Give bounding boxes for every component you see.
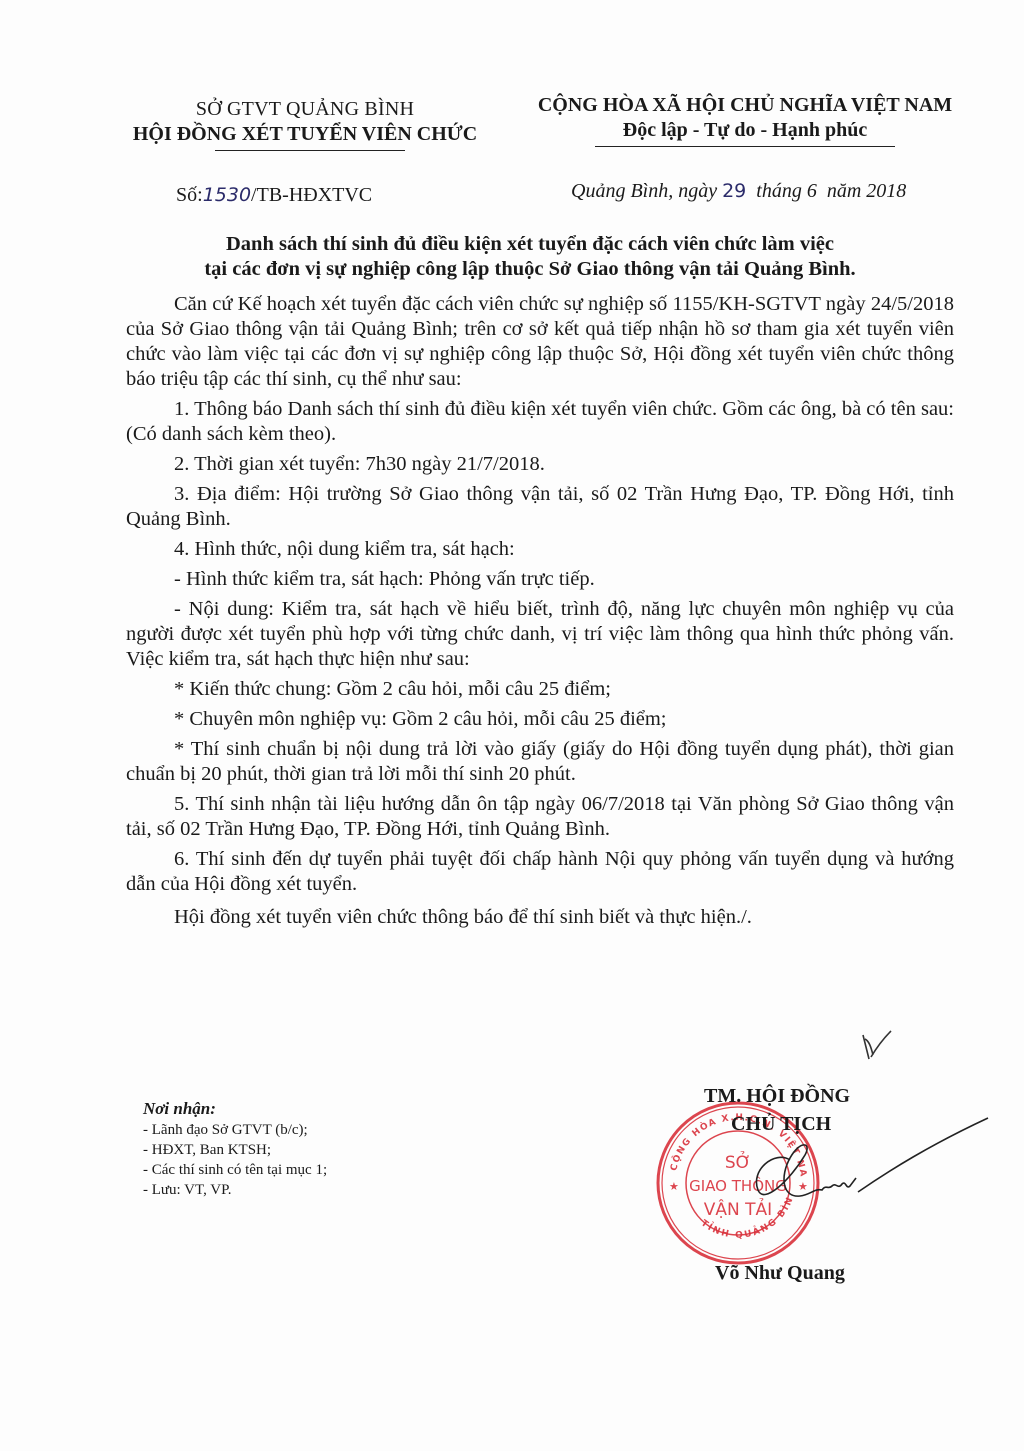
national-motto: Độc lập - Tự do - Hạnh phúc — [500, 119, 990, 142]
item-3: 3. Địa điểm: Hội trường Sở Giao thông vậ… — [126, 482, 954, 532]
signer-name: Võ Như Quang — [715, 1262, 845, 1285]
recipient-item: - Các thí sinh có tên tại mục 1; — [143, 1160, 327, 1180]
item-6: 6. Thí sinh đến dự tuyển phải tuyệt đối … — [126, 847, 954, 897]
handwritten-number: 1530 — [203, 184, 251, 206]
item-5: 5. Thí sinh nhận tài liệu hướng dẫn ôn t… — [126, 792, 954, 842]
item-2: 2. Thời gian xét tuyển: 7h30 ngày 21/7/2… — [126, 452, 954, 477]
document-date: Quảng Bình, ngày 29 tháng 6 năm 2018 — [571, 180, 906, 203]
issuing-agency-header: SỞ GTVT QUẢNG BÌNH HỘI ĐỒNG XÉT TUYỂN VI… — [100, 98, 510, 151]
item-4-content: - Nội dung: Kiểm tra, sát hạch về hiểu b… — [126, 597, 954, 672]
recipients-heading: Nơi nhận: — [143, 1099, 327, 1119]
recipient-item: - Lưu: VT, VP. — [143, 1180, 327, 1200]
item-4-preparation: * Thí sinh chuẩn bị nội dung trả lời vào… — [126, 737, 954, 787]
item-4-form: - Hình thức kiểm tra, sát hạch: Phỏng vấ… — [126, 567, 954, 592]
national-header: CỘNG HÒA XÃ HỘI CHỦ NGHĨA VIỆT NAM Độc l… — [500, 94, 990, 147]
handwritten-signature-icon — [730, 1110, 990, 1240]
item-4: 4. Hình thức, nội dung kiểm tra, sát hạc… — [126, 537, 954, 562]
item-1: 1. Thông báo Danh sách thí sinh đủ điều … — [126, 397, 954, 447]
intro-paragraph: Căn cứ Kế hoạch xét tuyển đặc cách viên … — [126, 292, 954, 392]
svg-text:★: ★ — [669, 1180, 679, 1193]
recipient-item: - Lãnh đạo Sở GTVT (b/c); — [143, 1120, 327, 1140]
handwritten-day: 29 — [722, 180, 746, 202]
agency-name: SỞ GTVT QUẢNG BÌNH — [100, 98, 510, 121]
motto-underline — [595, 146, 895, 147]
council-name: HỘI ĐỒNG XÉT TUYỂN VIÊN CHỨC — [100, 123, 510, 146]
document-body: Căn cứ Kế hoạch xét tuyển đặc cách viên … — [126, 292, 954, 935]
document-number: Số:1530/TB-HĐXTVC — [176, 184, 372, 207]
country-name: CỘNG HÒA XÃ HỘI CHỦ NGHĨA VIỆT NAM — [500, 94, 990, 117]
recipients-block: Nơi nhận: - Lãnh đạo Sở GTVT (b/c); - HĐ… — [143, 1099, 327, 1200]
item-4-professional: * Chuyên môn nghiệp vụ: Gồm 2 câu hỏi, m… — [126, 707, 954, 732]
initial-mark-icon — [855, 1025, 895, 1065]
header-underline — [215, 150, 405, 151]
item-4-general: * Kiến thức chung: Gồm 2 câu hỏi, mỗi câ… — [126, 677, 954, 702]
document-title: Danh sách thí sinh đủ điều kiện xét tuyể… — [130, 232, 930, 282]
on-behalf-label: TM. HỘI ĐỒNG — [704, 1085, 850, 1108]
recipient-item: - HĐXT, Ban KTSH; — [143, 1140, 327, 1160]
closing-sentence: Hội đồng xét tuyển viên chức thông báo đ… — [126, 905, 954, 930]
